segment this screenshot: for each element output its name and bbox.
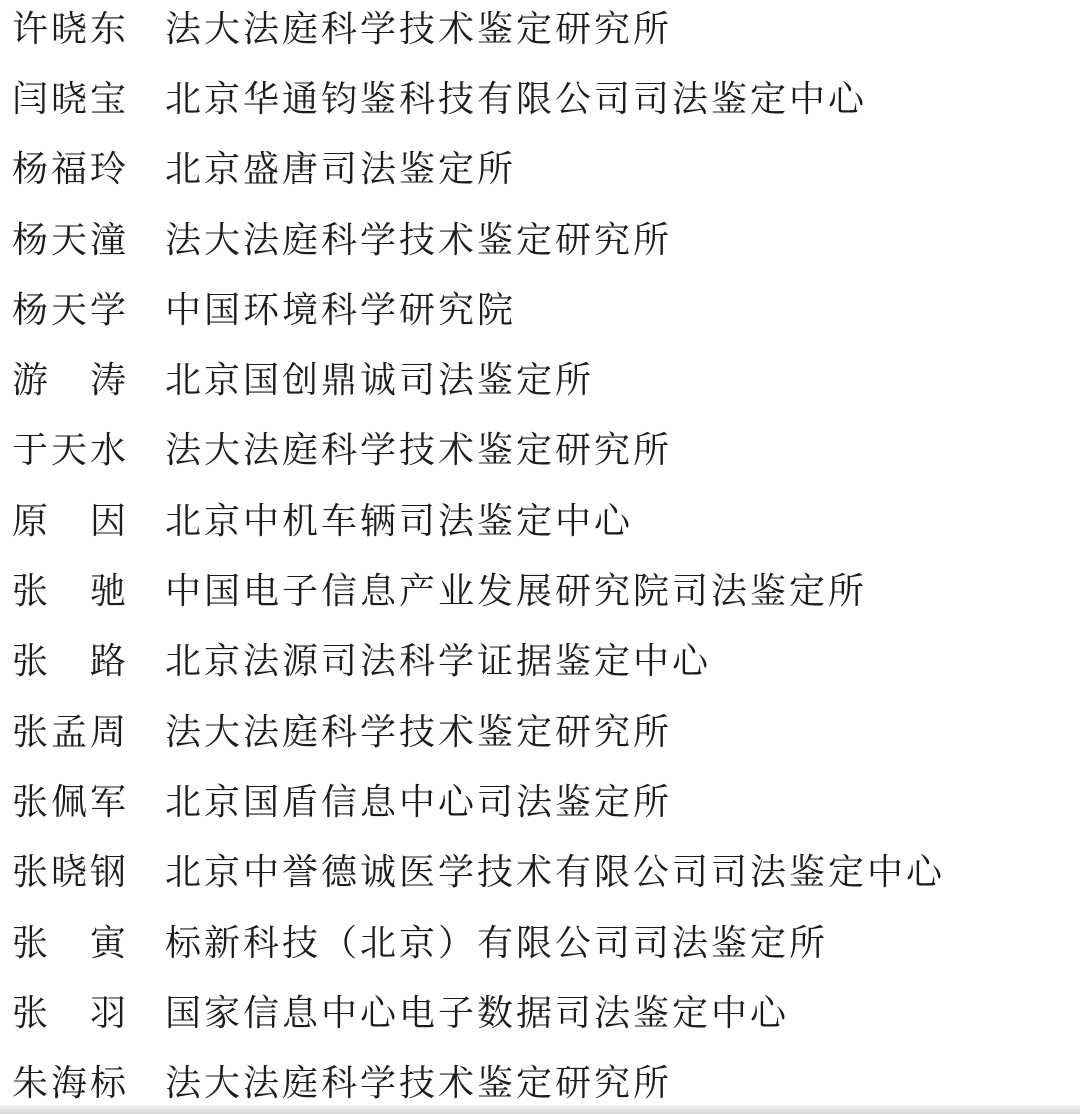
list-row: 闫晓宝北京华通钧鉴科技有限公司司法鉴定中心	[0, 61, 1080, 131]
list-row: 朱海标法大法庭科学技术鉴定研究所	[0, 1045, 1080, 1114]
list-row: 于天水法大法庭科学技术鉴定研究所	[0, 413, 1080, 483]
institution-name: 北京中誉德诚医学技术有限公司司法鉴定中心	[165, 844, 945, 895]
person-name: 杨天学	[0, 282, 165, 333]
institution-name: 北京国盾信息中心司法鉴定所	[165, 774, 672, 825]
person-name: 张孟周	[0, 704, 165, 755]
list-row: 张晓钢北京中誉德诚医学技术有限公司司法鉴定中心	[0, 835, 1080, 905]
institution-name: 北京盛唐司法鉴定所	[165, 141, 516, 192]
institution-name: 法大法庭科学技术鉴定研究所	[165, 1, 672, 52]
institution-name: 法大法庭科学技术鉴定研究所	[165, 1055, 672, 1106]
list-row: 原 因北京中机车辆司法鉴定中心	[0, 483, 1080, 553]
institution-name: 中国电子信息产业发展研究院司法鉴定所	[165, 563, 867, 614]
list-row: 杨天学中国环境科学研究院	[0, 272, 1080, 342]
person-name: 游 涛	[0, 352, 165, 403]
institution-name: 国家信息中心电子数据司法鉴定中心	[165, 985, 789, 1036]
list-row: 张 羽国家信息中心电子数据司法鉴定中心	[0, 975, 1080, 1045]
institution-name: 北京国创鼎诚司法鉴定所	[165, 352, 594, 403]
list-row: 张孟周法大法庭科学技术鉴定研究所	[0, 694, 1080, 764]
institution-name: 北京中机车辆司法鉴定中心	[165, 493, 633, 544]
person-name: 张佩军	[0, 774, 165, 825]
person-name: 张 寅	[0, 915, 165, 966]
person-name: 张 羽	[0, 985, 165, 1036]
institution-name: 北京华通钧鉴科技有限公司司法鉴定中心	[165, 71, 867, 122]
list-row: 张 寅标新科技（北京）有限公司司法鉴定所	[0, 905, 1080, 975]
list-row: 许晓东法大法庭科学技术鉴定研究所	[0, 0, 1080, 61]
list-row: 张 驰中国电子信息产业发展研究院司法鉴定所	[0, 553, 1080, 623]
institution-name: 法大法庭科学技术鉴定研究所	[165, 422, 672, 473]
list-row: 杨福玲北京盛唐司法鉴定所	[0, 132, 1080, 202]
person-name: 张晓钢	[0, 844, 165, 895]
list-row: 杨天潼法大法庭科学技术鉴定研究所	[0, 202, 1080, 272]
person-name: 朱海标	[0, 1055, 165, 1106]
person-name: 张 路	[0, 633, 165, 684]
person-name: 张 驰	[0, 563, 165, 614]
institution-name: 中国环境科学研究院	[165, 282, 516, 333]
person-name: 原 因	[0, 493, 165, 544]
person-name: 杨福玲	[0, 141, 165, 192]
institution-name: 法大法庭科学技术鉴定研究所	[165, 704, 672, 755]
person-name: 闫晓宝	[0, 71, 165, 122]
person-name: 杨天潼	[0, 212, 165, 263]
name-institution-list: 许晓东法大法庭科学技术鉴定研究所闫晓宝北京华通钧鉴科技有限公司司法鉴定中心杨福玲…	[0, 0, 1080, 1114]
list-row: 张 路北京法源司法科学证据鉴定中心	[0, 624, 1080, 694]
page-bottom-edge	[0, 1105, 1080, 1114]
person-name: 许晓东	[0, 1, 165, 52]
document-page: 许晓东法大法庭科学技术鉴定研究所闫晓宝北京华通钧鉴科技有限公司司法鉴定中心杨福玲…	[0, 0, 1080, 1114]
institution-name: 标新科技（北京）有限公司司法鉴定所	[165, 915, 828, 966]
list-row: 游 涛北京国创鼎诚司法鉴定所	[0, 342, 1080, 412]
institution-name: 北京法源司法科学证据鉴定中心	[165, 633, 711, 684]
list-row: 张佩军北京国盾信息中心司法鉴定所	[0, 764, 1080, 834]
institution-name: 法大法庭科学技术鉴定研究所	[165, 212, 672, 263]
person-name: 于天水	[0, 422, 165, 473]
